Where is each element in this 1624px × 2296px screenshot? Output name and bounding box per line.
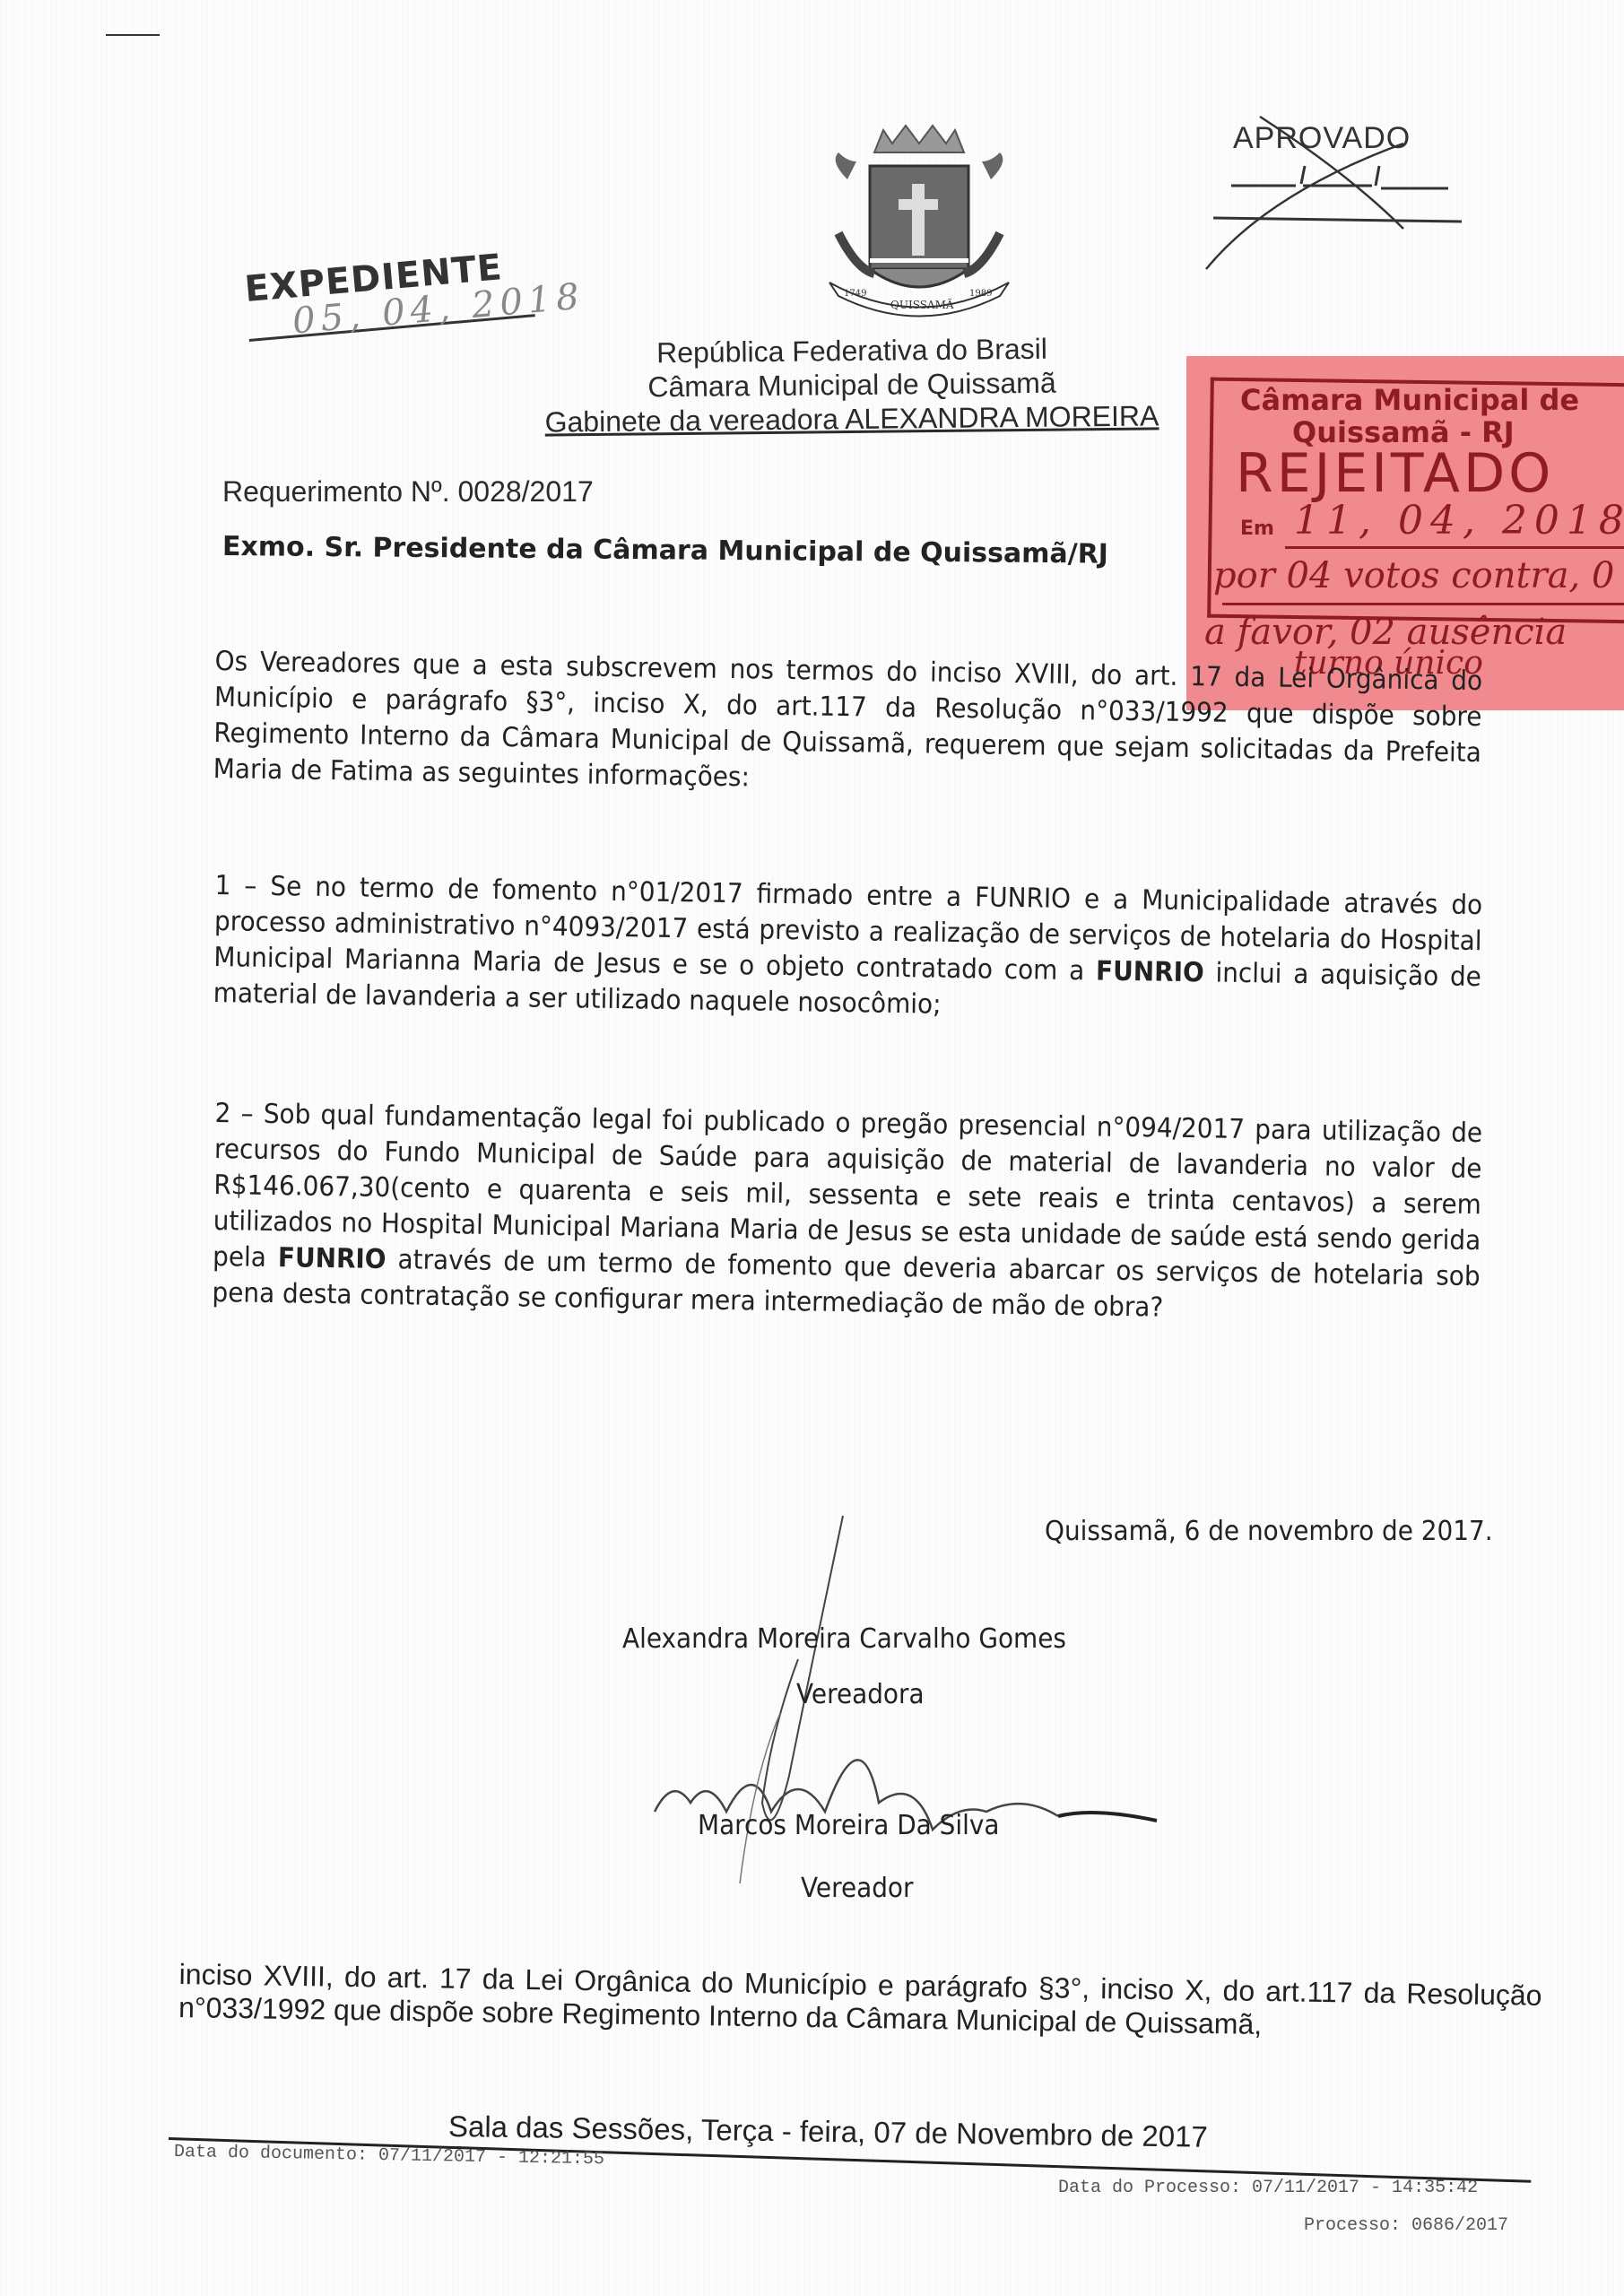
requerimento-number: Requerimento Nº. 0028/2017 [222,475,594,509]
stamp-note-underline [1222,603,1624,605]
document-date: Data do documento: 07/11/2017 - 12:21:55 [174,2142,604,2170]
request-item-2: 2 – Sob qual fundamentação legal foi pub… [212,1096,1482,1331]
footer-paragraph: inciso XVIII, do art. 17 da Lei Orgânica… [178,1958,1542,2046]
letterhead: República Federativa do Brasil Câmara Mu… [538,334,1166,436]
cross-out-icon [1197,112,1466,274]
header-office: Gabinete da vereadora ALEXANDRA MOREIRA [538,398,1166,439]
expediente-stamp: EXPEDIENTE 05, 04, 2018 [243,239,586,342]
scan-mark [106,34,160,36]
rejeitado-stamp: Câmara Municipal de Quissamã - RJ REJEIT… [1186,356,1624,710]
intro-paragraph: Os Vereadores que a esta subscrevem nos … [213,644,1482,807]
signatory-2-role: Vereador [801,1873,913,1904]
request-item-1: 1 – Se no termo de fomento n°01/2017 fir… [213,868,1482,1031]
process-date: Data do Processo: 07/11/2017 - 14:35:42 [1058,2178,1478,2198]
signatory-2-name: Marcos Moreira Da Silva [698,1810,999,1841]
stamp-date-line [1285,546,1624,549]
process-number: Processo: 0686/2017 [1304,2215,1508,2236]
addressee: Exmo. Sr. Presidente da Câmara Municipal… [222,531,1108,570]
handwritten-signature-icon [538,1507,1345,1955]
signatory-1-role: Vereadora [796,1679,925,1710]
svg-text:1989: 1989 [969,289,992,299]
stamp-date: 11, 04, 2018 [1294,498,1624,544]
signatory-1-name: Alexandra Moreira Carvalho Gomes [622,1623,1066,1655]
svg-text:QUISSAMÃ: QUISSAMÃ [890,298,954,311]
coat-of-arms-icon: QUISSAMÃ 1749 1989 [812,117,1027,323]
svg-text:1749: 1749 [844,289,866,299]
stamp-status: REJEITADO [1236,442,1554,505]
stamp-em-label: Em [1240,517,1274,540]
aprovado-stamp: APROVADO [1197,112,1466,274]
stamp-chamber: Câmara Municipal de [1240,383,1579,417]
stamp-note-1: por 04 votos contra, 0 [1213,555,1614,596]
session-date: Sala das Sessões, Terça - feira, 07 de N… [448,2109,1208,2154]
